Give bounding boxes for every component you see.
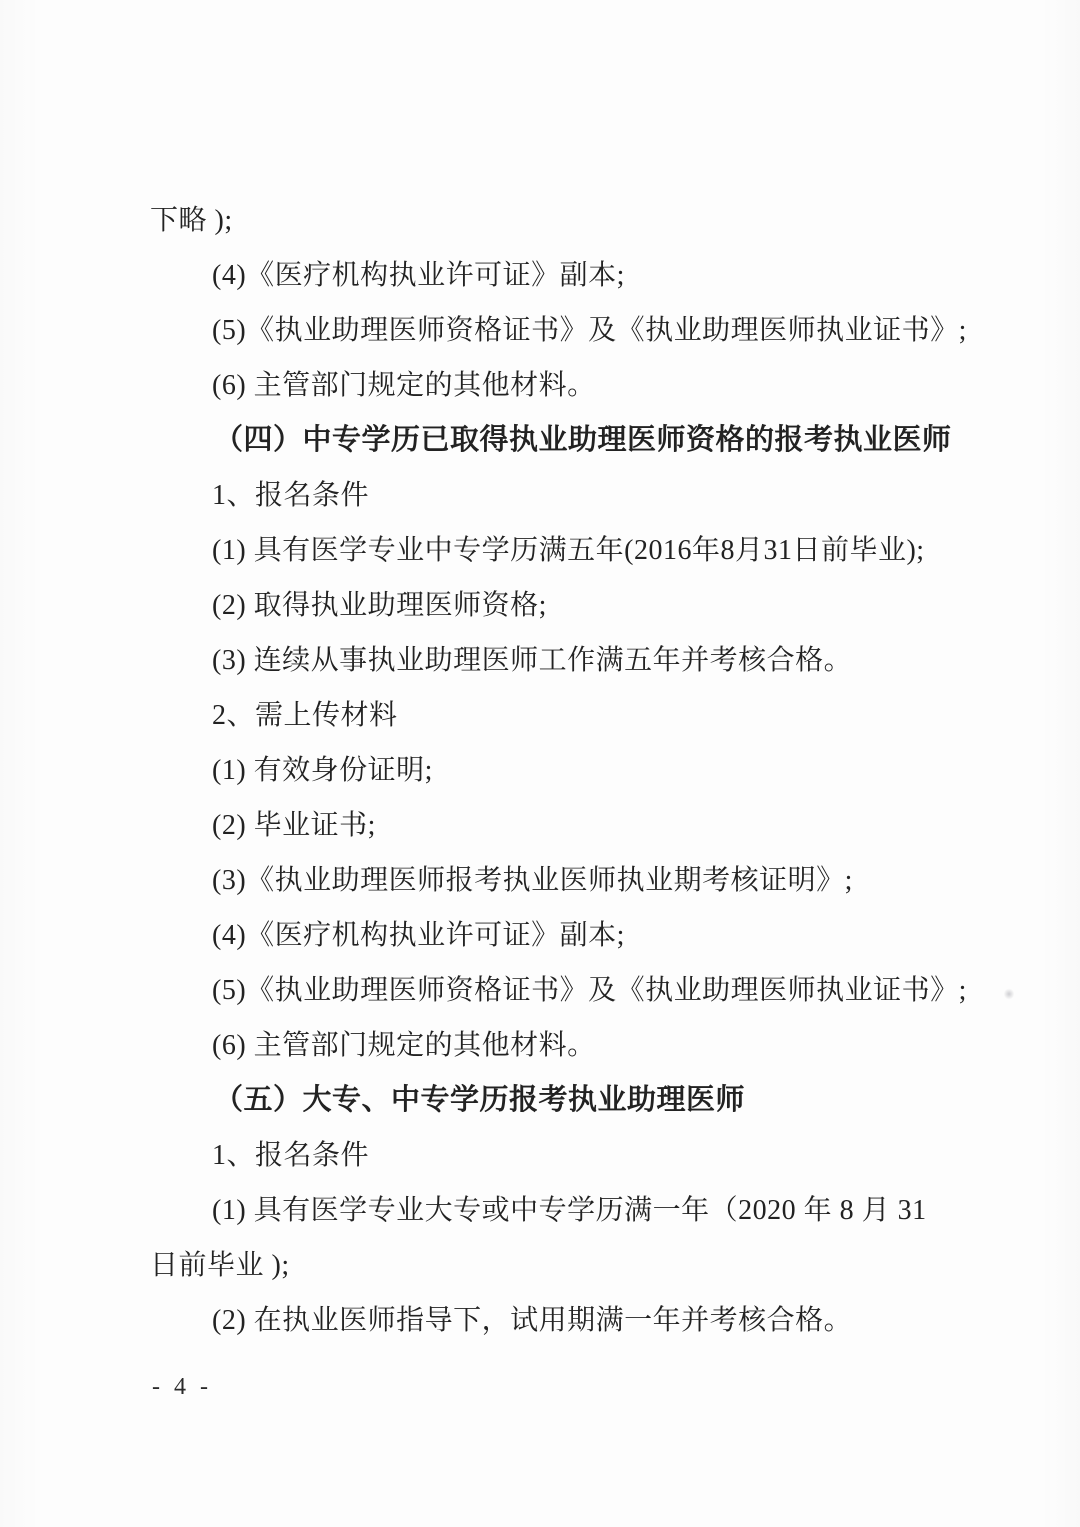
doc-line-item-4: (4)《医疗机构执业许可证》副本; — [150, 248, 950, 303]
document-body: 下略 ); (4)《医疗机构执业许可证》副本; (5)《执业助理医师资格证书》及… — [150, 193, 950, 1348]
section-heading-4: （四）中专学历已取得执业助理医师资格的报考执业医师 — [150, 413, 950, 468]
doc-line-material-4: (4)《医疗机构执业许可证》副本; — [150, 908, 950, 963]
doc-line-material-6: (6) 主管部门规定的其他材料。 — [150, 1018, 950, 1073]
doc-line-cond-3: (3) 连续从事执业助理医师工作满五年并考核合格。 — [150, 633, 950, 688]
document-page: 下略 ); (4)《医疗机构执业许可证》副本; (5)《执业助理医师资格证书》及… — [0, 0, 1080, 1527]
doc-line-cond-4: (1) 具有医学专业大专或中专学历满一年（2020 年 8 月 31 — [150, 1183, 950, 1238]
doc-line-continuation: 下略 ); — [150, 193, 950, 248]
doc-line-material-1: (1) 有效身份证明; — [150, 743, 950, 798]
doc-line-subhead-2: 2、需上传材料 — [150, 688, 950, 743]
doc-line-cond-2: (2) 取得执业助理医师资格; — [150, 578, 950, 633]
doc-line-cond-4-wrap: 日前毕业 ); — [150, 1238, 950, 1293]
doc-line-material-3: (3)《执业助理医师报考执业医师执业期考核证明》; — [150, 853, 950, 908]
doc-line-material-2: (2) 毕业证书; — [150, 798, 950, 853]
doc-line-item-5: (5)《执业助理医师资格证书》及《执业助理医师执业证书》; — [150, 303, 950, 358]
doc-line-subhead-1: 1、报名条件 — [150, 468, 950, 523]
doc-line-material-5: (5)《执业助理医师资格证书》及《执业助理医师执业证书》; — [150, 963, 950, 1018]
section-heading-5: （五）大专、中专学历报考执业助理医师 — [150, 1073, 950, 1128]
doc-line-cond-1: (1) 具有医学专业中专学历满五年(2016年8月31日前毕业); — [150, 523, 950, 578]
scan-artifact — [1004, 988, 1014, 1000]
doc-line-item-6: (6) 主管部门规定的其他材料。 — [150, 358, 950, 413]
page-number: - 4 - — [152, 1372, 212, 1402]
doc-line-subhead-3: 1、报名条件 — [150, 1128, 950, 1183]
doc-line-cond-5: (2) 在执业医师指导下，试用期满一年并考核合格。 — [150, 1293, 950, 1348]
